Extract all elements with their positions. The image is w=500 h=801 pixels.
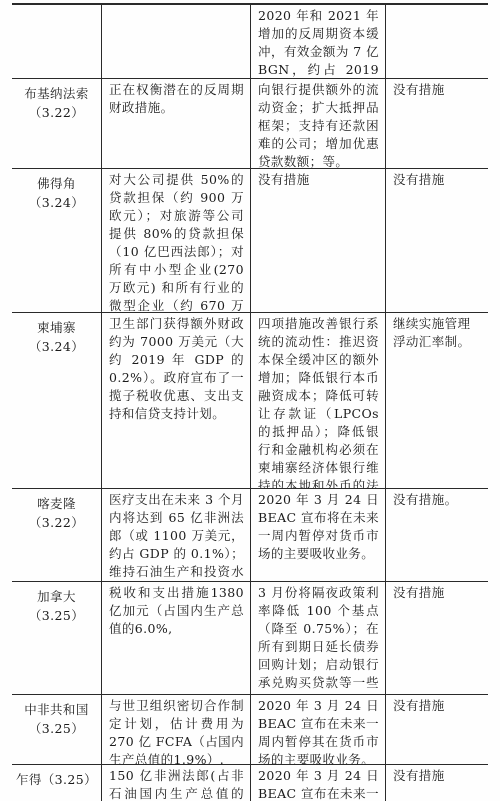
country-date: （3.24）: [12, 337, 101, 356]
cell-other: 没有措施: [385, 695, 488, 764]
cell-monetary: 2020 年 3 月 24 日 BEAC 宣布将在未来一周内暂停对货币市场的主要…: [250, 489, 385, 581]
table-row: 加拿大 （3.25） 税收和支出措施1380亿加元（占国内生产总值的6.0%, …: [12, 582, 488, 695]
country-name: 柬埔寨: [12, 318, 101, 337]
cell-fiscal: 150 亿非洲法郎(占非石油国内生产总值的 0.3%) 的: [101, 765, 250, 801]
country-name: 佛得角: [12, 174, 101, 193]
cell-other: 没有措施。: [385, 489, 488, 581]
cell-monetary: 四项措施改善银行系统的流动性：推迟资本保全缓冲区的额外增加；降低银行本币融资成本…: [250, 313, 385, 488]
measures-table: 2020 年和 2021 年增加的反周期资本缓冲，有效金额为 7 亿 BGN，约…: [12, 3, 488, 801]
country-name: 布基纳法索: [12, 84, 101, 103]
cell-other: [385, 5, 488, 78]
country-name: 加拿大: [12, 587, 101, 606]
cell-monetary: 3 月份将隔夜政策利率降低 100 个基点（降至 0.75%）；在所有到期日延长…: [250, 582, 385, 694]
cell-country: [12, 5, 101, 78]
cell-country: 柬埔寨 （3.24）: [12, 313, 101, 488]
country-date: （3.22）: [12, 513, 101, 532]
cell-country: 乍得（3.25）: [12, 765, 101, 801]
country-name: 中非共和国: [12, 700, 101, 719]
cell-monetary: 2020 年 3 月 24 日 BEAC 宣布在未来一周内暂停其在货币市场的主要…: [250, 695, 385, 764]
cell-monetary: 2020 年 3 月 24 日 BEAC 宣布在未来一周内暂停: [250, 765, 385, 801]
country-date: （3.24）: [12, 193, 101, 212]
cell-fiscal: 对大公司提供 50%的贷款担保（约 900 万欧元）；对旅游等公司提供 80%的…: [101, 169, 250, 312]
cell-fiscal: 医疗支出在未来 3 个月内将达到 65 亿非洲法郎（或 1100 万美元，约占 …: [101, 489, 250, 581]
cell-monetary: 2020 年和 2021 年增加的反周期资本缓冲，有效金额为 7 亿 BGN，约…: [250, 5, 385, 78]
cell-country: 布基纳法索 （3.22）: [12, 79, 101, 168]
cell-fiscal: 与世卫组织密切合作制定计划，估计费用为 270 亿 FCFA（占国内生产总值的1…: [101, 695, 250, 764]
cell-fiscal: 正在权衡潜在的反周期财政措施。: [101, 79, 250, 168]
cell-other: 没有措施: [385, 765, 488, 801]
table-row: 乍得（3.25） 150 亿非洲法郎(占非石油国内生产总值的 0.3%) 的 2…: [12, 765, 488, 801]
table-row: 2020 年和 2021 年增加的反周期资本缓冲，有效金额为 7 亿 BGN，约…: [12, 5, 488, 79]
cell-country: 中非共和国 （3.25）: [12, 695, 101, 764]
cell-fiscal: [101, 5, 250, 78]
cell-country: 佛得角 （3.24）: [12, 169, 101, 312]
cell-other: 没有措施: [385, 582, 488, 694]
cell-monetary: 向银行提供额外的流动资金；扩大抵押品框架；支持有还款困难的公司；增加优惠贷款数额…: [250, 79, 385, 168]
cell-monetary: 没有措施: [250, 169, 385, 312]
country-date: （3.22）: [12, 103, 101, 122]
cell-other: 没有措施: [385, 79, 488, 168]
cell-country: 加拿大 （3.25）: [12, 582, 101, 694]
cell-fiscal: 税收和支出措施1380亿加元（占国内生产总值的6.0%,: [101, 582, 250, 694]
country-date: （3.25）: [12, 606, 101, 625]
country-name: 乍得（3.25）: [12, 770, 101, 789]
document-page: 2020 年和 2021 年增加的反周期资本缓冲，有效金额为 7 亿 BGN，约…: [0, 0, 500, 801]
country-name: 喀麦隆: [12, 494, 101, 513]
table-row: 佛得角 （3.24） 对大公司提供 50%的贷款担保（约 900 万欧元）；对旅…: [12, 169, 488, 313]
table-row: 喀麦隆 （3.22） 医疗支出在未来 3 个月内将达到 65 亿非洲法郎（或 1…: [12, 489, 488, 582]
cell-fiscal: 卫生部门获得额外财政约为 7000 万美元（大约 2019 年 GDP 的 0.…: [101, 313, 250, 488]
cell-other: 没有措施: [385, 169, 488, 312]
country-date: （3.25）: [12, 719, 101, 738]
table-row: 柬埔寨 （3.24） 卫生部门获得额外财政约为 7000 万美元（大约 2019…: [12, 313, 488, 489]
cell-country: 喀麦隆 （3.22）: [12, 489, 101, 581]
cell-other: 继续实施管理浮动汇率制。: [385, 313, 488, 488]
table-row: 中非共和国 （3.25） 与世卫组织密切合作制定计划，估计费用为 270 亿 F…: [12, 695, 488, 765]
table-row: 布基纳法索 （3.22） 正在权衡潜在的反周期财政措施。 向银行提供额外的流动资…: [12, 79, 488, 169]
